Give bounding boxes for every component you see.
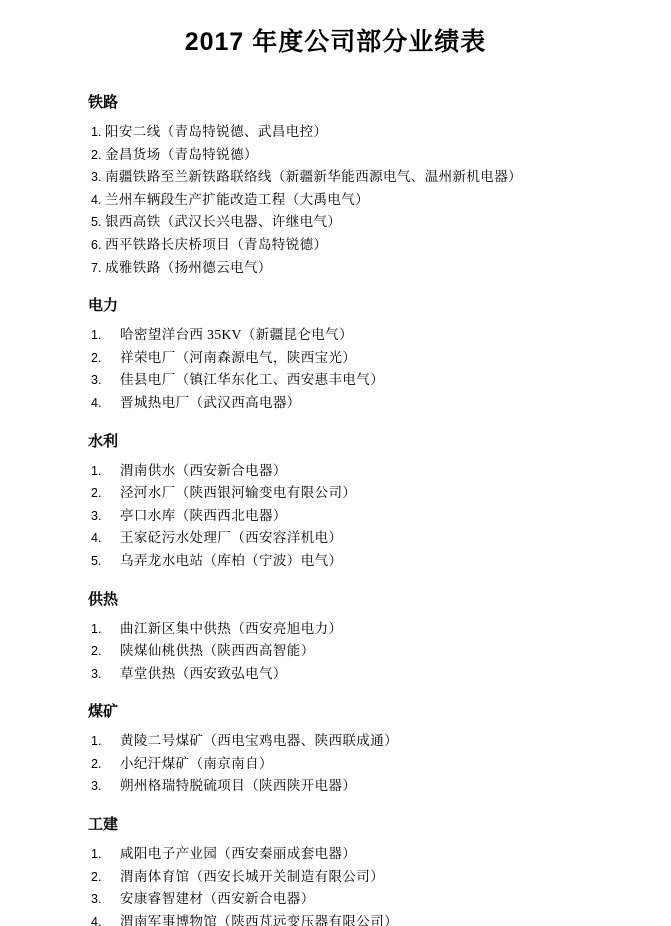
section-heading-heating: 供热 [88, 591, 621, 609]
item-text: 咸阳电子产业园（西安秦丽成套电器） [120, 843, 356, 865]
item-number: 1. [91, 731, 120, 753]
list-item: 6.西平铁路长庆桥项目（青岛特锐德） [91, 234, 621, 257]
item-text: 晋城热电厂（武汉西高电器） [120, 392, 301, 414]
item-number: 4. [91, 528, 120, 550]
item-number: 1. [91, 461, 120, 483]
item-text: 黄陵二号煤矿（西电宝鸡电器、陕西联成通） [120, 730, 398, 752]
list-item: 3.草堂供热（西安致弘电气） [91, 663, 621, 686]
item-number: 2. [91, 483, 120, 505]
list-item: 1.哈密望洋台西 35KV（新疆昆仑电气） [91, 324, 621, 347]
list-item: 3.南疆铁路至兰新铁路联络线（新疆新华能西源电气、温州新机电器） [91, 166, 621, 189]
item-text: 成雅铁路（扬州德云电气） [105, 257, 272, 279]
item-text: 兰州车辆段生产扩能改造工程（大禹电气） [105, 189, 369, 211]
list-item: 5.乌弄龙水电站（库柏（宁波）电气） [91, 550, 621, 573]
list-item: 3.佳县电厂（镇江华东化工、西安惠丰电气） [91, 369, 621, 392]
item-text: 西平铁路长庆桥项目（青岛特锐德） [105, 234, 327, 256]
item-number: 1. [91, 619, 120, 641]
list-item: 2.小纪汗煤矿（南京南自） [91, 753, 621, 776]
item-text: 金昌货场（青岛特锐德） [105, 144, 258, 166]
item-text: 阳安二线（青岛特锐德、武昌电控） [105, 121, 327, 143]
item-number: 4. [91, 190, 105, 212]
item-text: 亭口水库（陕西西北电器） [120, 505, 287, 527]
section-power: 电力 1.哈密望洋台西 35KV（新疆昆仑电气） 2.祥荣电厂（河南森源电气，陕… [88, 297, 621, 414]
item-number: 1. [91, 122, 105, 144]
item-number: 2. [91, 145, 105, 167]
item-text: 泾河水厂（陕西银河输变电有限公司） [120, 482, 356, 504]
item-text: 小纪汗煤矿（南京南自） [120, 753, 273, 775]
item-number: 3. [91, 370, 120, 392]
item-text: 银西高铁（武汉长兴电器、许继电气） [105, 211, 341, 233]
item-text: 祥荣电厂（河南森源电气，陕西宝光） [120, 347, 356, 369]
item-text: 渭南体育馆（西安长城开关制造有限公司） [120, 866, 384, 888]
section-coal: 煤矿 1.黄陵二号煤矿（西电宝鸡电器、陕西联成通） 2.小纪汗煤矿（南京南自） … [88, 703, 621, 798]
item-text: 乌弄龙水电站（库柏（宁波）电气） [120, 550, 342, 572]
item-text: 王家砭污水处理厂（西安容洋机电） [120, 527, 342, 549]
document-content: 铁路 1.阳安二线（青岛特锐德、武昌电控） 2.金昌货场（青岛特锐德） 3.南疆… [88, 94, 621, 926]
section-railway: 铁路 1.阳安二线（青岛特锐德、武昌电控） 2.金昌货场（青岛特锐德） 3.南疆… [88, 94, 621, 279]
list-item: 3.亭口水库（陕西西北电器） [91, 505, 621, 528]
item-text: 陕煤仙桃供热（陕西西高智能） [120, 640, 315, 662]
list-item: 2.泾河水厂（陕西银河输变电有限公司） [91, 482, 621, 505]
list-item: 4.渭南军事博物馆（陕西芃远变压器有限公司） [91, 911, 621, 926]
list-item: 2.陕煤仙桃供热（陕西西高智能） [91, 640, 621, 663]
list-item: 1.黄陵二号煤矿（西电宝鸡电器、陕西联成通） [91, 730, 621, 753]
item-number: 3. [91, 664, 120, 686]
item-text: 哈密望洋台西 35KV（新疆昆仑电气） [120, 324, 353, 346]
item-text: 佳县电厂（镇江华东化工、西安惠丰电气） [120, 369, 384, 391]
item-text: 安康睿智建材（西安新合电器） [120, 888, 315, 910]
item-number: 6. [91, 235, 105, 257]
item-text: 渭南军事博物馆（陕西芃远变压器有限公司） [120, 911, 398, 926]
section-heading-power: 电力 [88, 297, 621, 315]
list-item: 2.金昌货场（青岛特锐德） [91, 144, 621, 167]
list-item: 1.咸阳电子产业园（西安秦丽成套电器） [91, 843, 621, 866]
item-number: 2. [91, 754, 120, 776]
list-item: 1.阳安二线（青岛特锐德、武昌电控） [91, 121, 621, 144]
item-text: 渭南供水（西安新合电器） [120, 460, 287, 482]
item-number: 3. [91, 167, 105, 189]
railway-list: 1.阳安二线（青岛特锐德、武昌电控） 2.金昌货场（青岛特锐德） 3.南疆铁路至… [88, 121, 621, 279]
item-text: 曲江新区集中供热（西安亮旭电力） [120, 618, 342, 640]
item-number: 3. [91, 506, 120, 528]
list-item: 1.曲江新区集中供热（西安亮旭电力） [91, 618, 621, 641]
page-title: 2017 年度公司部分业绩表 [0, 26, 671, 58]
item-text: 南疆铁路至兰新铁路联络线（新疆新华能西源电气、温州新机电器） [105, 166, 522, 188]
item-number: 4. [91, 912, 120, 926]
item-number: 5. [91, 212, 105, 234]
list-item: 4.晋城热电厂（武汉西高电器） [91, 392, 621, 415]
section-construction: 工建 1.咸阳电子产业园（西安秦丽成套电器） 2.渭南体育馆（西安长城开关制造有… [88, 816, 621, 926]
list-item: 2.渭南体育馆（西安长城开关制造有限公司） [91, 866, 621, 889]
list-item: 7.成雅铁路（扬州德云电气） [91, 257, 621, 280]
item-number: 2. [91, 348, 120, 370]
item-text: 草堂供热（西安致弘电气） [120, 663, 287, 685]
list-item: 2.祥荣电厂（河南森源电气，陕西宝光） [91, 347, 621, 370]
list-item: 3.朔州格瑞特脱硫项目（陕西陕开电器） [91, 775, 621, 798]
item-number: 1. [91, 844, 120, 866]
item-number: 3. [91, 889, 120, 911]
item-number: 2. [91, 867, 120, 889]
section-heading-construction: 工建 [88, 816, 621, 834]
section-heading-coal: 煤矿 [88, 703, 621, 721]
item-number: 1. [91, 325, 120, 347]
list-item: 4.王家砭污水处理厂（西安容洋机电） [91, 527, 621, 550]
water-list: 1.渭南供水（西安新合电器） 2.泾河水厂（陕西银河输变电有限公司） 3.亭口水… [88, 460, 621, 573]
section-water: 水利 1.渭南供水（西安新合电器） 2.泾河水厂（陕西银河输变电有限公司） 3.… [88, 433, 621, 573]
power-list: 1.哈密望洋台西 35KV（新疆昆仑电气） 2.祥荣电厂（河南森源电气，陕西宝光… [88, 324, 621, 414]
section-heading-water: 水利 [88, 433, 621, 451]
list-item: 4.兰州车辆段生产扩能改造工程（大禹电气） [91, 189, 621, 212]
item-number: 7. [91, 258, 105, 280]
section-heating: 供热 1.曲江新区集中供热（西安亮旭电力） 2.陕煤仙桃供热（陕西西高智能） 3… [88, 591, 621, 686]
item-number: 4. [91, 393, 120, 415]
item-text: 朔州格瑞特脱硫项目（陕西陕开电器） [120, 775, 356, 797]
item-number: 5. [91, 551, 120, 573]
coal-list: 1.黄陵二号煤矿（西电宝鸡电器、陕西联成通） 2.小纪汗煤矿（南京南自） 3.朔… [88, 730, 621, 798]
list-item: 3.安康睿智建材（西安新合电器） [91, 888, 621, 911]
list-item: 1.渭南供水（西安新合电器） [91, 460, 621, 483]
item-number: 3. [91, 776, 120, 798]
heating-list: 1.曲江新区集中供热（西安亮旭电力） 2.陕煤仙桃供热（陕西西高智能） 3.草堂… [88, 618, 621, 686]
item-number: 2. [91, 641, 120, 663]
document-page: 2017 年度公司部分业绩表 铁路 1.阳安二线（青岛特锐德、武昌电控） 2.金… [0, 0, 671, 926]
list-item: 5.银西高铁（武汉长兴电器、许继电气） [91, 211, 621, 234]
construction-list: 1.咸阳电子产业园（西安秦丽成套电器） 2.渭南体育馆（西安长城开关制造有限公司… [88, 843, 621, 926]
section-heading-railway: 铁路 [88, 94, 621, 112]
